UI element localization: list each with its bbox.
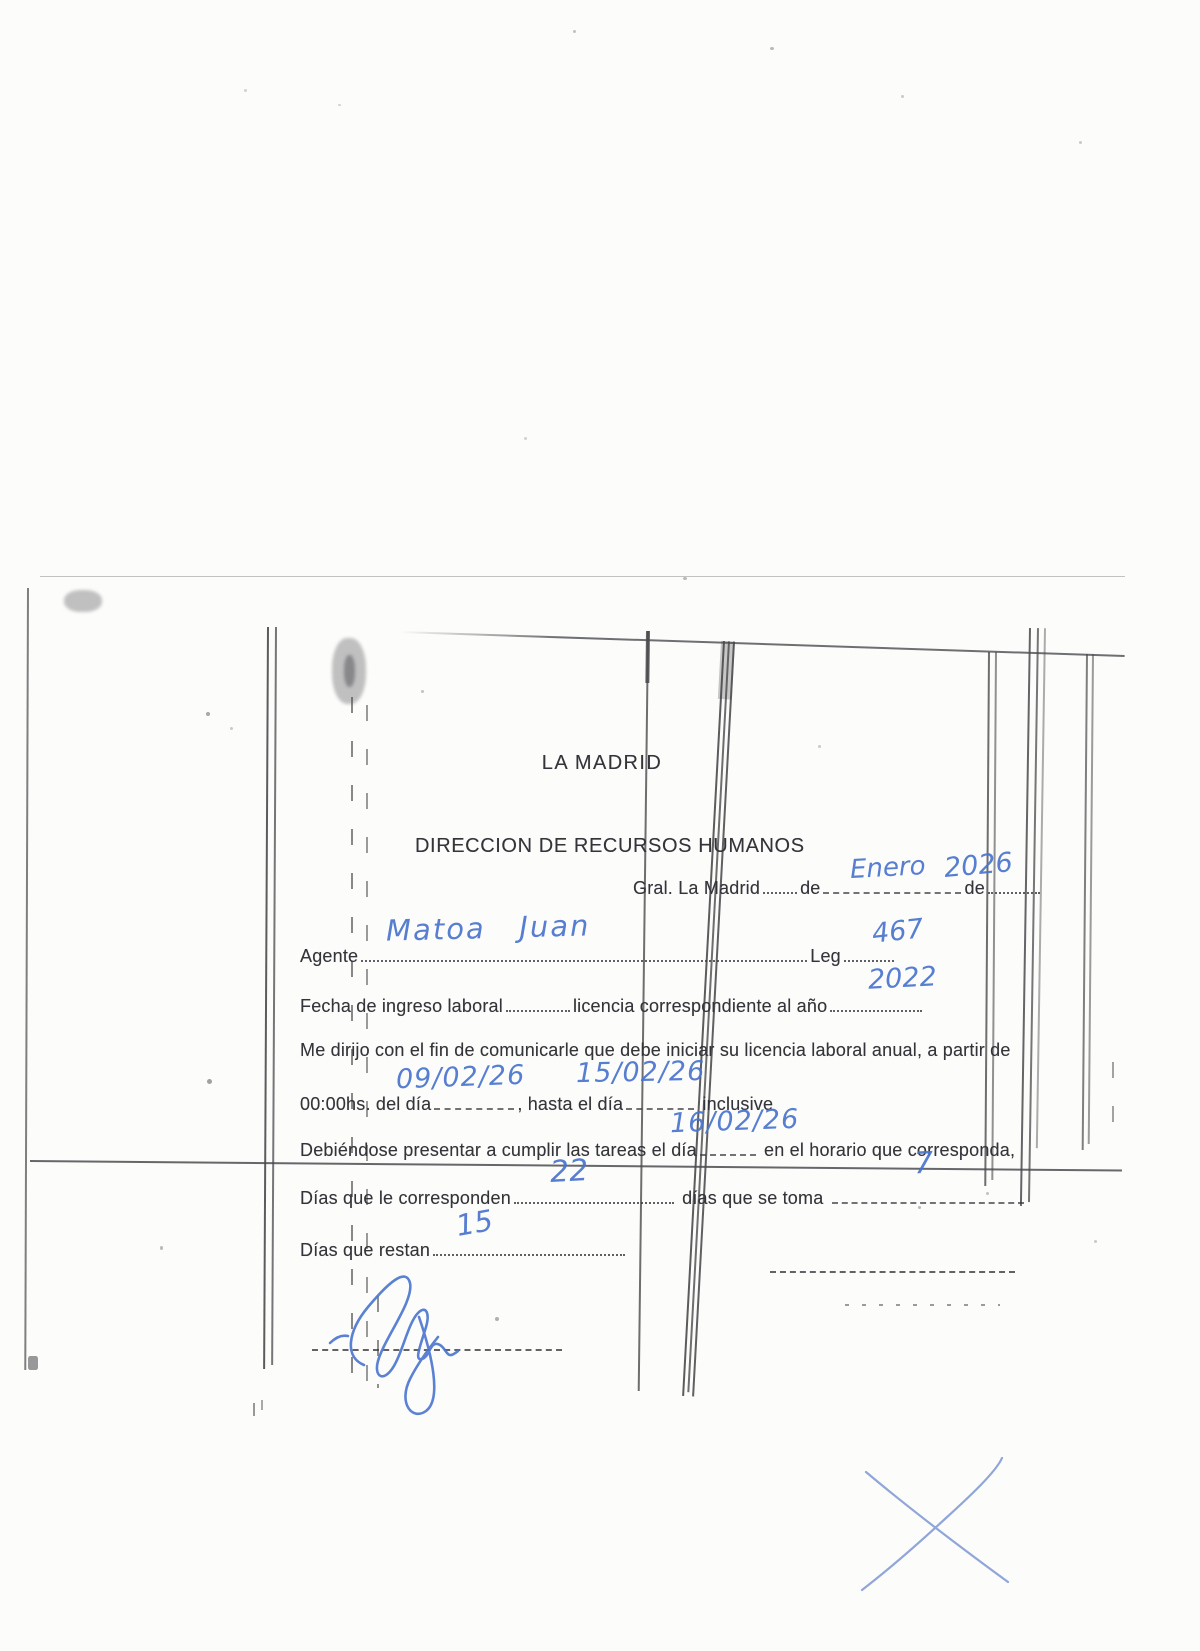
dotted-blank xyxy=(506,1005,570,1012)
signature-ink xyxy=(318,1243,553,1418)
scan-noise-speck xyxy=(524,437,527,440)
signature-stroke xyxy=(330,1336,348,1343)
ingreso-label: Fecha de ingreso laboral xyxy=(300,996,503,1016)
dotted-blank xyxy=(832,1197,1024,1204)
date-place-label: Gral. La Madrid xyxy=(633,878,760,898)
fold-line xyxy=(645,631,650,683)
fold-line xyxy=(271,627,277,1365)
department-title: DIRECCION DE RECURSOS HUMANOS xyxy=(415,835,765,858)
return-suffix-label: en el horario que corresponda, xyxy=(764,1140,1015,1160)
handwritten-agent-name: Matoa Juan xyxy=(386,908,591,947)
scan-fold-line-horizontal xyxy=(40,576,1125,577)
dotted-blank xyxy=(823,887,961,894)
scan-fold-line-horizontal xyxy=(400,631,1125,657)
handwritten-days-restan: 15 xyxy=(453,1203,495,1243)
agent-line: AgenteLeg xyxy=(300,946,897,967)
scan-noise-speck xyxy=(261,1400,263,1410)
handwritten-year: 2026 xyxy=(943,847,1014,884)
scan-noise-speck xyxy=(818,745,821,748)
dotted-blank xyxy=(763,887,797,894)
return-prefix-label: Debiéndose presentar a cumplir las tarea… xyxy=(300,1140,697,1160)
scan-noise-speck xyxy=(244,89,247,92)
scan-noise-speck xyxy=(253,1403,255,1416)
scan-noise-speck xyxy=(28,1356,38,1370)
scan-fold-line-dashed xyxy=(1112,1062,1114,1138)
scan-noise-speck xyxy=(206,712,210,716)
handwritten-days-corresponden: 22 xyxy=(549,1153,589,1190)
dotted-blank xyxy=(514,1197,674,1204)
dotted-blank xyxy=(844,955,894,962)
fold-line xyxy=(1082,654,1088,1150)
handwritten-month: Enero xyxy=(849,851,926,885)
scan-noise-speck xyxy=(1094,1240,1097,1243)
signature-stroke xyxy=(351,1277,458,1377)
dotted-blank xyxy=(830,1005,922,1012)
scan-smudge xyxy=(64,590,102,612)
schedule-middle-label: , hasta el día xyxy=(517,1094,623,1114)
fold-line xyxy=(24,588,29,1370)
scan-noise-speck xyxy=(207,1079,212,1084)
scan-noise-speck xyxy=(421,690,424,693)
dotted-blank xyxy=(988,887,1040,894)
scan-noise-speck xyxy=(338,104,341,106)
handwritten-end-date: 15/02/26 xyxy=(576,1056,706,1089)
handwritten-anio: 2022 xyxy=(867,961,937,996)
scan-noise-speck xyxy=(770,47,774,50)
handwritten-start-date: 09/02/26 xyxy=(395,1060,525,1095)
fold-line xyxy=(263,627,269,1369)
agent-label: Agente xyxy=(300,946,358,966)
fold-line xyxy=(991,652,997,1180)
schedule-prefix-label: 00:00hs. del día xyxy=(300,1094,431,1114)
scan-smudge xyxy=(344,655,355,687)
handwritten-return-date: 16/02/26 xyxy=(669,1104,799,1139)
signature-stroke xyxy=(405,1317,438,1414)
return-line: Debiéndose presentar a cumplir las tarea… xyxy=(300,1140,1015,1161)
fold-line xyxy=(718,641,735,700)
pen-x-mark xyxy=(850,1446,1025,1601)
licencia-label: licencia correspondiente al año xyxy=(573,996,827,1016)
ingreso-line: Fecha de ingreso laborallicencia corresp… xyxy=(300,996,925,1017)
fold-line xyxy=(1088,654,1094,1144)
dotted-blank xyxy=(700,1149,756,1156)
signature-line-right xyxy=(770,1271,1015,1273)
dotted-blank xyxy=(434,1103,514,1110)
scan-noise-speck xyxy=(160,1246,163,1250)
days-line: Días que le corresponden días que se tom… xyxy=(300,1188,1027,1209)
org-title: LA MADRID xyxy=(502,752,702,775)
leg-label: Leg xyxy=(810,946,841,966)
date-line: Gral. La Madriddede xyxy=(633,878,1043,899)
scan-noise-speck xyxy=(1079,141,1082,144)
dotted-blank xyxy=(361,955,807,962)
scan-noise-speck xyxy=(573,30,576,33)
date-de-label: de xyxy=(800,878,820,898)
scan-noise-speck xyxy=(683,577,687,580)
handwritten-days-toma: 7 xyxy=(913,1146,933,1182)
toma-label: días que se toma xyxy=(682,1188,823,1208)
fold-line xyxy=(984,652,990,1186)
scanned-document-page: LA MADRID DIRECCION DE RECURSOS HUMANOS … xyxy=(0,0,1200,1651)
handwritten-leg-number: 467 xyxy=(871,913,926,949)
scan-noise-speck xyxy=(230,727,233,730)
scan-noise-speck xyxy=(901,95,904,98)
noise-dash-row xyxy=(845,1304,1000,1306)
